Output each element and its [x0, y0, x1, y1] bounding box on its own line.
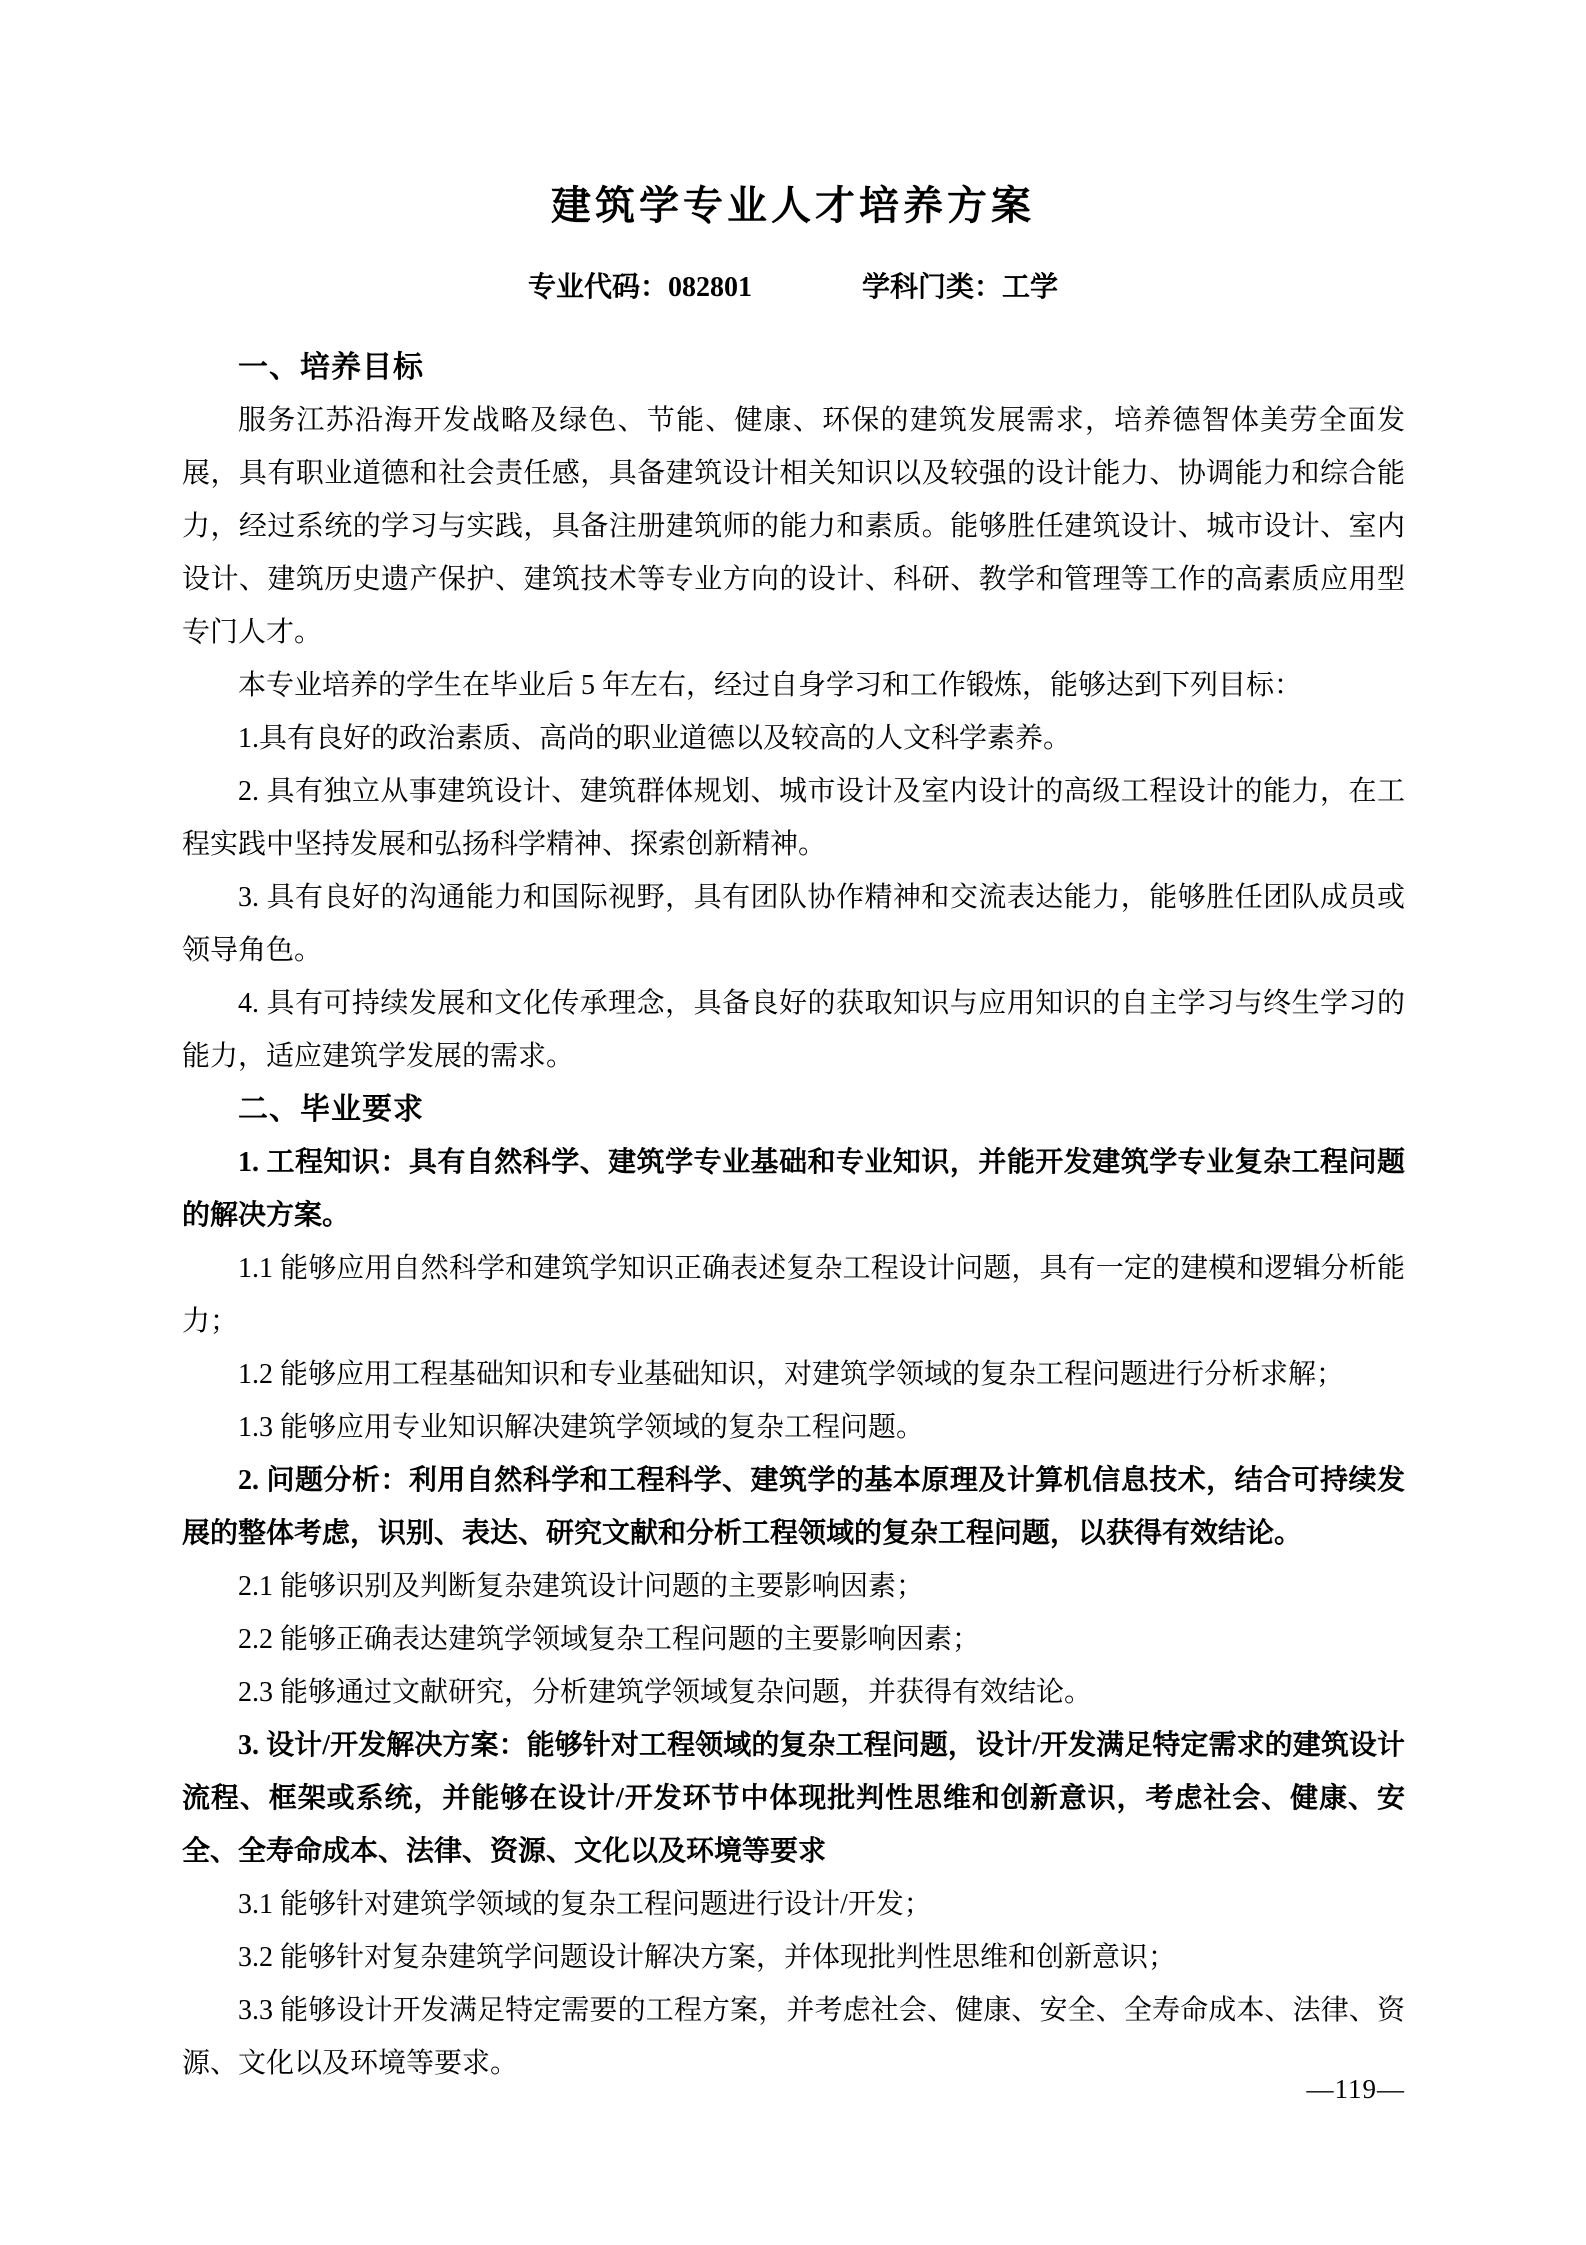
document-title: 建筑学专业人才培养方案	[0, 0, 1586, 226]
document-page: 建筑学专业人才培养方案 专业代码：082801 学科门类：工学 一、培养目标服务…	[0, 0, 1586, 2245]
paragraph: 3.2 能够针对复杂建筑学问题设计解决方案，并体现批判性思维和创新意识；	[182, 1931, 1405, 1984]
paragraph: 1.1 能够应用自然科学和建筑学知识正确表述复杂工程设计问题，具有一定的建模和逻…	[182, 1242, 1405, 1348]
paragraph: 1.2 能够应用工程基础知识和专业基础知识，对建筑学领域的复杂工程问题进行分析求…	[182, 1348, 1405, 1401]
paragraph: 2.1 能够识别及判断复杂建筑设计问题的主要影响因素；	[182, 1560, 1405, 1613]
paragraph: 1.3 能够应用专业知识解决建筑学领域的复杂工程问题。	[182, 1401, 1405, 1454]
section-heading: 一、培养目标	[182, 341, 1405, 394]
paragraph: 3. 具有良好的沟通能力和国际视野，具有团队协作精神和交流表达能力，能够胜任团队…	[182, 871, 1405, 977]
major-code: 专业代码：082801	[528, 274, 752, 302]
document-body: 一、培养目标服务江苏沿海开发战略及绿色、节能、健康、环保的建筑发展需求，培养德智…	[182, 341, 1405, 2090]
section-heading: 二、毕业要求	[182, 1083, 1405, 1136]
paragraph: 服务江苏沿海开发战略及绿色、节能、健康、环保的建筑发展需求，培养德智体美劳全面发…	[182, 394, 1405, 659]
paragraph: 4. 具有可持续发展和文化传承理念，具备良好的获取知识与应用知识的自主学习与终生…	[182, 977, 1405, 1083]
paragraph: 本专业培养的学生在毕业后 5 年左右，经过自身学习和工作锻炼，能够达到下列目标：	[182, 659, 1405, 712]
requirement-lead-paragraph: 1. 工程知识：具有自然科学、建筑学专业基础和专业知识，并能开发建筑学专业复杂工…	[182, 1136, 1405, 1242]
document-subtitle: 专业代码：082801 学科门类：工学	[0, 274, 1586, 302]
paragraph: 2.3 能够通过文献研究，分析建筑学领域复杂问题，并获得有效结论。	[182, 1666, 1405, 1719]
paragraph: 1.具有良好的政治素质、高尚的职业道德以及较高的人文科学素养。	[182, 712, 1405, 765]
paragraph: 3.1 能够针对建筑学领域的复杂工程问题进行设计/开发；	[182, 1878, 1405, 1931]
discipline-category: 学科门类：工学	[862, 274, 1058, 302]
paragraph: 3.3 能够设计开发满足特定需要的工程方案，并考虑社会、健康、安全、全寿命成本、…	[182, 1984, 1405, 2090]
requirement-lead-paragraph: 3. 设计/开发解决方案：能够针对工程领域的复杂工程问题，设计/开发满足特定需求…	[182, 1719, 1405, 1878]
paragraph: 2.2 能够正确表达建筑学领域复杂工程问题的主要影响因素；	[182, 1613, 1405, 1666]
paragraph: 2. 具有独立从事建筑设计、建筑群体规划、城市设计及室内设计的高级工程设计的能力…	[182, 765, 1405, 871]
page-number: —119—	[1307, 2076, 1406, 2103]
requirement-lead-paragraph: 2. 问题分析：利用自然科学和工程科学、建筑学的基本原理及计算机信息技术，结合可…	[182, 1454, 1405, 1560]
